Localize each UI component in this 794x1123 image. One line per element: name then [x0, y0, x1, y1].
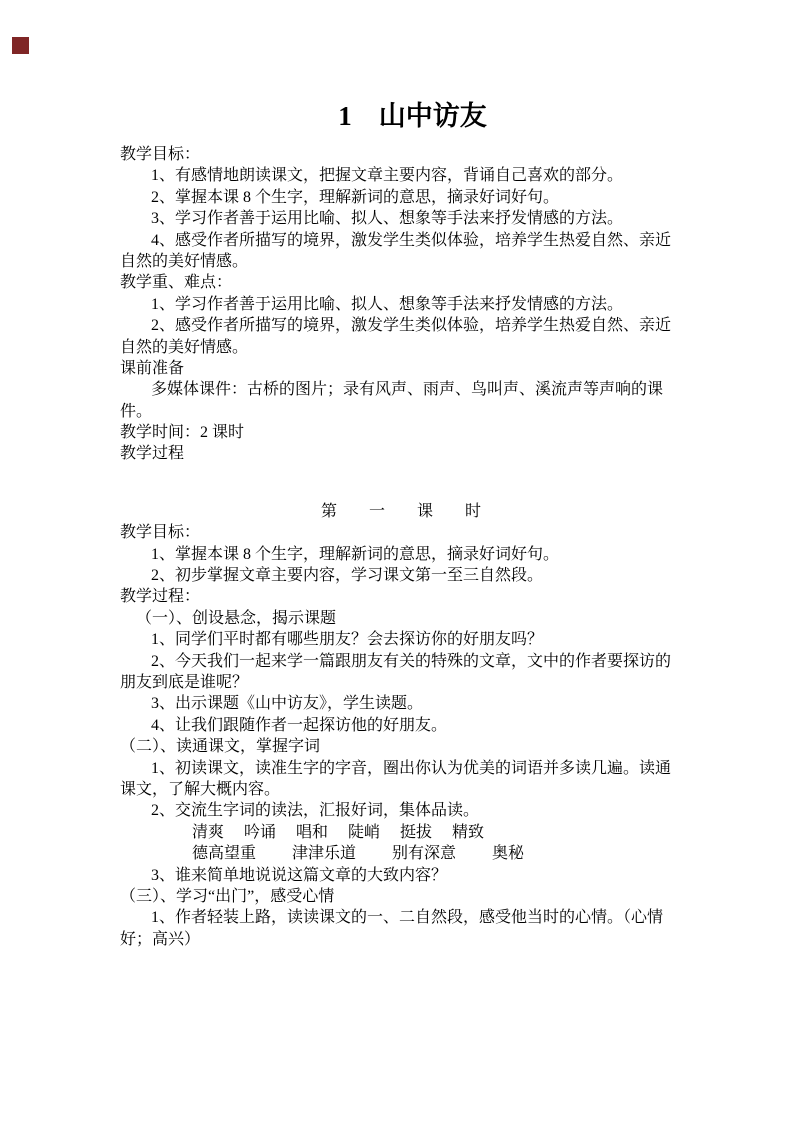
doc-line: 3、出示课题《山中访友》，学生读题。 [120, 693, 682, 714]
doc-line: 2、感受作者所描写的境界，激发学生类似体验，培养学生热爱自然、亲近 [120, 315, 682, 336]
document-page: 1 山中访友 教学目标：1、有感情地朗读课文，把握文章主要内容，背诵自己喜欢的部… [0, 0, 794, 1123]
doc-line: 3、谁来简单地说说这篇文章的大致内容？ [120, 865, 682, 886]
doc-line: 教学重、难点： [120, 272, 682, 293]
doc-line: 4、让我们跟随作者一起探访他的好朋友。 [120, 715, 682, 736]
doc-line: 2、掌握本课 8 个生字，理解新词的意思，摘录好词好句。 [120, 187, 682, 208]
doc-line: 1、初读课文，读准生字的字音，圈出你认为优美的词语并多读几遍。读通 [120, 758, 682, 779]
document-body: 教学目标：1、有感情地朗读课文，把握文章主要内容，背诵自己喜欢的部分。2、掌握本… [120, 144, 682, 950]
doc-line: 4、感受作者所描写的境界，激发学生类似体验，培养学生热爱自然、亲近 [120, 230, 682, 251]
doc-line: 1、同学们平时都有哪些朋友？会去探访你的好朋友吗？ [120, 629, 682, 650]
doc-line: 教学目标： [120, 522, 682, 543]
doc-line: （一）、创设悬念，揭示课题 [120, 608, 682, 629]
doc-line: 3、学习作者善于运用比喻、拟人、想象等手法来抒发情感的方法。 [120, 208, 682, 229]
doc-line: 教学时间：2 课时 [120, 422, 682, 443]
doc-line: 教学过程 [120, 443, 682, 464]
session-heading: 第 一 课 时 [120, 501, 682, 522]
doc-line: 1、学习作者善于运用比喻、拟人、想象等手法来抒发情感的方法。 [120, 294, 682, 315]
doc-line: 好；高兴） [120, 929, 682, 950]
corner-mark [12, 37, 29, 54]
doc-line: 2、初步掌握文章主要内容，学习课文第一至三自然段。 [120, 565, 682, 586]
doc-line: 件。 [120, 401, 682, 422]
doc-line: （二）、读通课文，掌握字词 [120, 736, 682, 757]
doc-line: 2、今天我们一起来学一篇跟朋友有关的特殊的文章，文中的作者要探访的 [120, 651, 682, 672]
doc-line: 多媒体课件：古桥的图片；录有风声、雨声、鸟叫声、溪流声等声响的课 [120, 379, 682, 400]
doc-line: 教学目标： [120, 144, 682, 165]
doc-line: （三）、学习“出门”，感受心情 [120, 886, 682, 907]
doc-line: 德高望重 津津乐道 别有深意 奥秘 [120, 843, 682, 864]
doc-line: 教学过程： [120, 586, 682, 607]
doc-line: 朋友到底是谁呢？ [120, 672, 682, 693]
doc-line: 自然的美好情感。 [120, 337, 682, 358]
doc-line: 课文，了解大概内容。 [120, 779, 682, 800]
doc-line: 2、交流生字词的读法，汇报好词，集体品读。 [120, 800, 682, 821]
doc-line: 1、掌握本课 8 个生字，理解新词的意思，摘录好词好句。 [120, 544, 682, 565]
doc-line: 清爽 吟诵 唱和 陡峭 挺拔 精致 [120, 822, 682, 843]
doc-line: 1、有感情地朗读课文，把握文章主要内容，背诵自己喜欢的部分。 [120, 165, 682, 186]
doc-line: 1、作者轻装上路，读读课文的一、二自然段，感受他当时的心情。（心情 [120, 907, 682, 928]
doc-line: 自然的美好情感。 [120, 251, 682, 272]
doc-line: 课前准备 [120, 358, 682, 379]
page-title: 1 山中访友 [120, 97, 691, 135]
